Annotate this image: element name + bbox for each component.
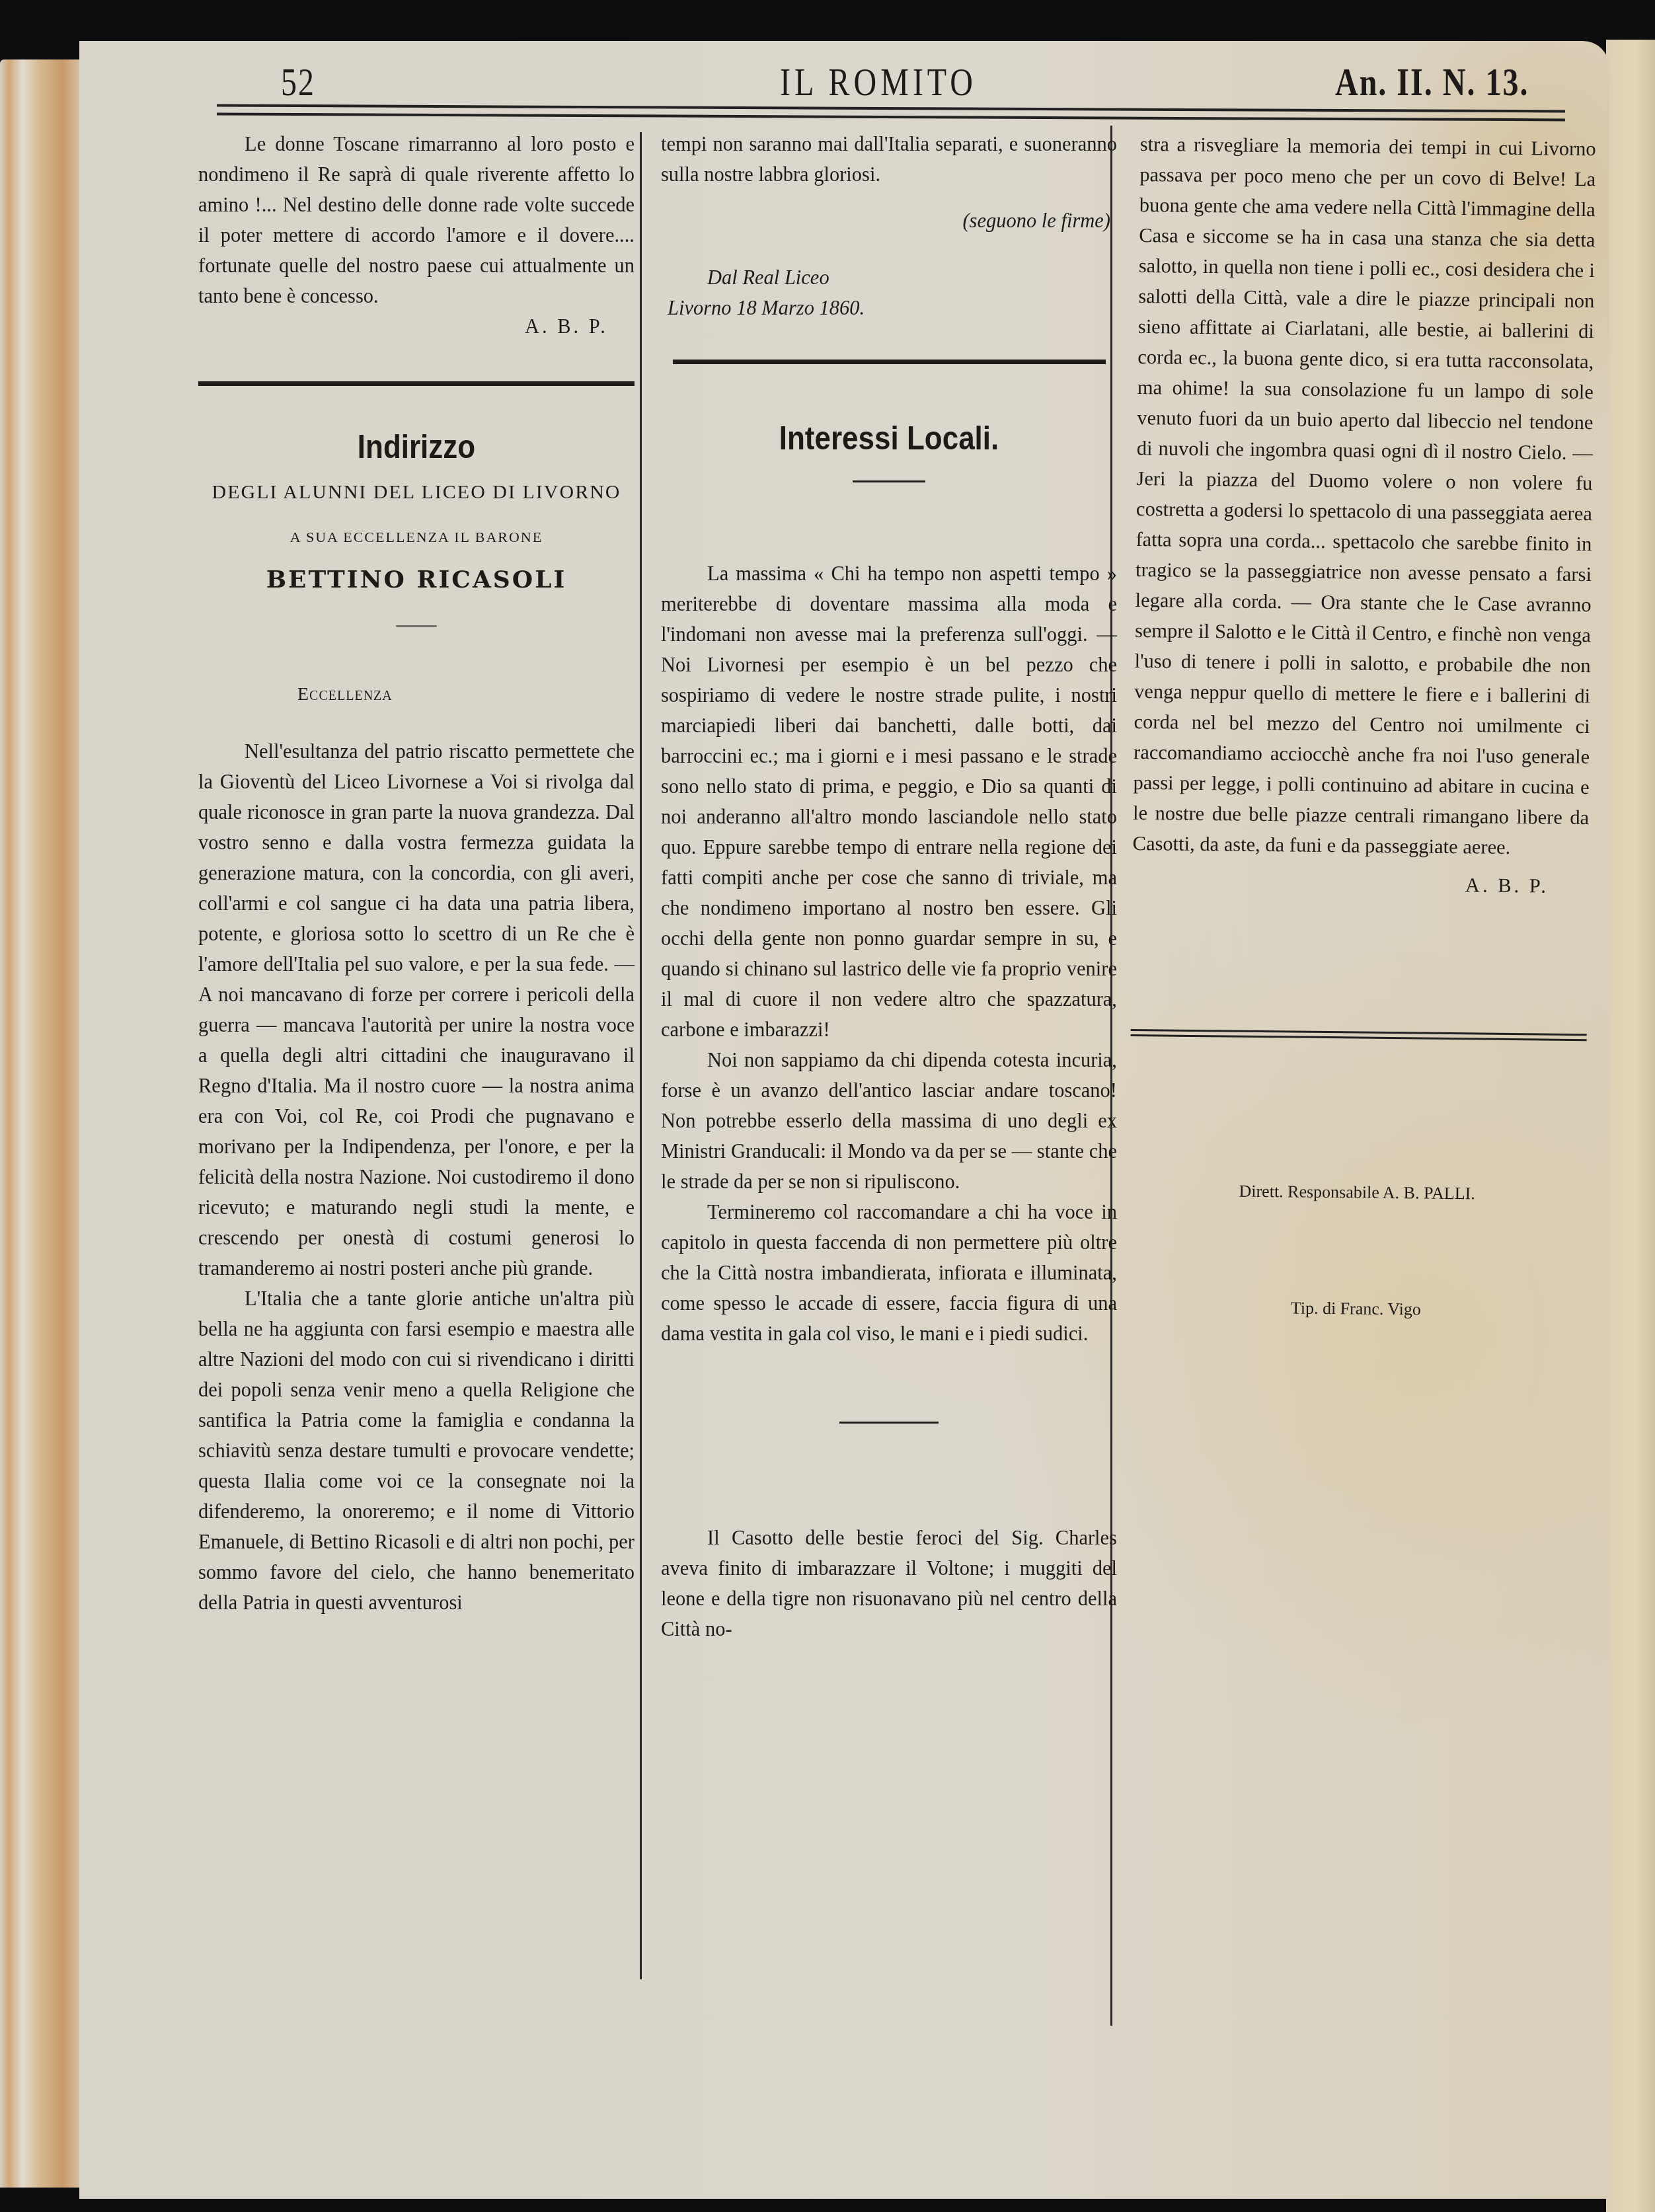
right-column: stra a risvegliare la memoria dei tempi … bbox=[1128, 129, 1596, 1326]
article-title: Interessi Locali. bbox=[661, 422, 1117, 457]
salutation: Eccellenza bbox=[198, 679, 635, 710]
continuation-paragraph: tempi non saranno mai dall'Italia separa… bbox=[661, 129, 1117, 190]
date-line: Livorno 18 Marzo 1860. bbox=[661, 293, 1117, 323]
masthead-title: IL ROMITO bbox=[780, 59, 977, 105]
article-title: Indirizzo bbox=[198, 430, 635, 465]
section-rule bbox=[198, 381, 635, 386]
column-divider bbox=[640, 132, 642, 1979]
article-dedication: A SUA ECCELLENZA IL BARONE bbox=[198, 522, 635, 553]
signatures-note: (seguono le firme) bbox=[661, 206, 1117, 236]
book-page-edges-left bbox=[0, 59, 89, 2188]
ornament-dash: —— bbox=[198, 609, 635, 640]
article-paragraph: La massima « Chi ha tempo non aspetti te… bbox=[661, 558, 1117, 1045]
place-line: Dal Real Liceo bbox=[661, 262, 1117, 293]
page-number: 52 bbox=[281, 59, 315, 105]
article-recipient: BETTINO RICASOLI bbox=[198, 564, 635, 595]
middle-column: tempi non saranno mai dall'Italia separa… bbox=[661, 129, 1117, 1644]
article-paragraph: L'Italia che a tante glorie antiche un'a… bbox=[198, 1283, 635, 1618]
article-subtitle: DEGLI ALUNNI DEL LICEO DI LIVORNO bbox=[198, 477, 635, 508]
article-paragraph: Termineremo col raccomandare a chi ha vo… bbox=[661, 1197, 1117, 1349]
editor-line: Dirett. Responsabile A. B. PALLI. bbox=[1129, 1175, 1585, 1210]
signature: A. B. P. bbox=[198, 311, 635, 342]
article-paragraph: Noi non sappiamo da chi dipenda cotesta … bbox=[661, 1045, 1117, 1197]
article-paragraph: Il Casotto delle bestie feroci del Sig. … bbox=[661, 1523, 1117, 1644]
article-paragraph: stra a risvegliare la memoria dei tempi … bbox=[1132, 129, 1596, 863]
signature: A. B. P. bbox=[1132, 866, 1588, 901]
issue-number: An. II. N. 13. bbox=[1335, 59, 1529, 105]
article-paragraph: Nell'esultanza del patrio riscatto perme… bbox=[198, 736, 635, 1283]
left-column: Le donne Toscane rimarranno al loro post… bbox=[198, 129, 635, 1618]
printer-line: Tip. di Franc. Vigo bbox=[1128, 1291, 1584, 1326]
page-header: 52 IL ROMITO An. II. N. 13. bbox=[218, 59, 1540, 106]
section-rule bbox=[673, 360, 1106, 364]
continuation-paragraph: Le donne Toscane rimarranno al loro post… bbox=[198, 129, 635, 311]
book-page-edges-right bbox=[1606, 40, 1655, 2212]
